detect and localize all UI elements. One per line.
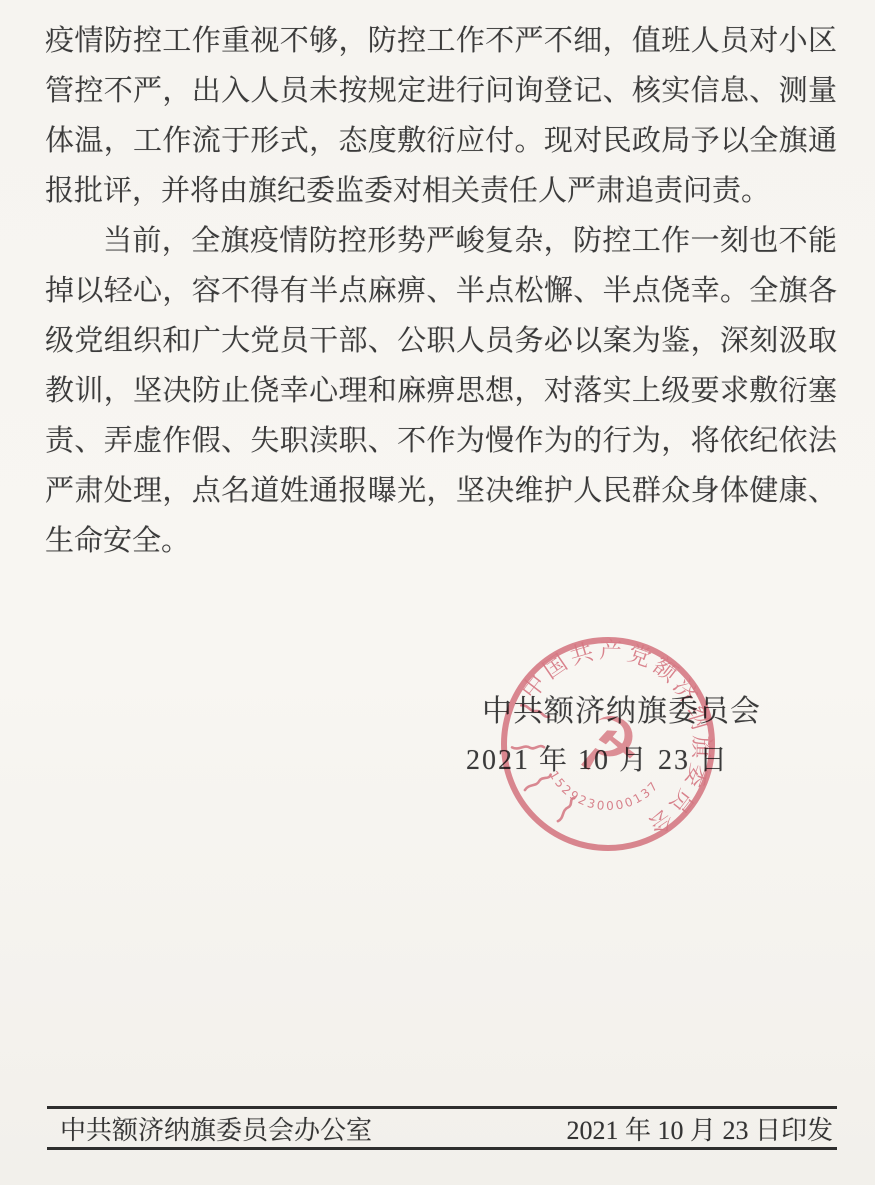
footer-imprint-row: 中共额济纳旗委员会办公室 2021 年 10 月 23 日印发 [47,1111,837,1146]
body-line-10: 严肃处理，点名道姓通报曝光，坚决维护人民群众身体健康、 [45,466,837,516]
footer-rule-bottom [47,1147,837,1150]
document-body: 疫情防控工作重视不够，防控工作不严不细，值班人员对小区 管控不严，出入人员未按规… [45,16,837,566]
hammer-sickle-icon: ☭ [575,702,641,788]
body-line-1: 疫情防控工作重视不够，防控工作不严不细，值班人员对小区 [45,16,837,66]
scanned-document-page: 疫情防控工作重视不够，防控工作不严不细，值班人员对小区 管控不严，出入人员未按规… [0,0,875,1185]
footer-rule-top [47,1106,837,1109]
body-line-8: 教训，坚决防止侥幸心理和麻痹思想，对落实上级要求敷衍塞 [45,366,837,416]
body-line-11: 生命安全。 [45,516,837,566]
official-seal: 中国共产党额济纳旗委员会 ☭ 1529230000137 [494,630,722,858]
body-line-2: 管控不严，出入人员未按规定进行问询登记、核实信息、测量 [45,66,837,116]
footer-print-date: 2021 年 10 月 23 日印发 [566,1110,833,1147]
body-line-9: 责、弄虚作假、失职渎职、不作为慢作为的行为，将依纪依法 [45,416,837,466]
body-line-7: 级党组织和广大党员干部、公职人员务必以案为鉴，深刻汲取 [45,316,837,366]
body-line-5: 当前，全旗疫情防控形势严峻复杂，防控工作一刻也不能 [45,216,837,266]
body-line-4: 报批评，并将由旗纪委监委对相关责任人严肃追责问责。 [45,166,837,216]
body-line-6: 掉以轻心，容不得有半点麻痹、半点松懈、半点侥幸。全旗各 [45,266,837,316]
footer-office: 中共额济纳旗委员会办公室 [60,1110,372,1147]
body-line-3: 体温，工作流于形式，态度敷衍应付。现对民政局予以全旗通 [45,116,837,166]
